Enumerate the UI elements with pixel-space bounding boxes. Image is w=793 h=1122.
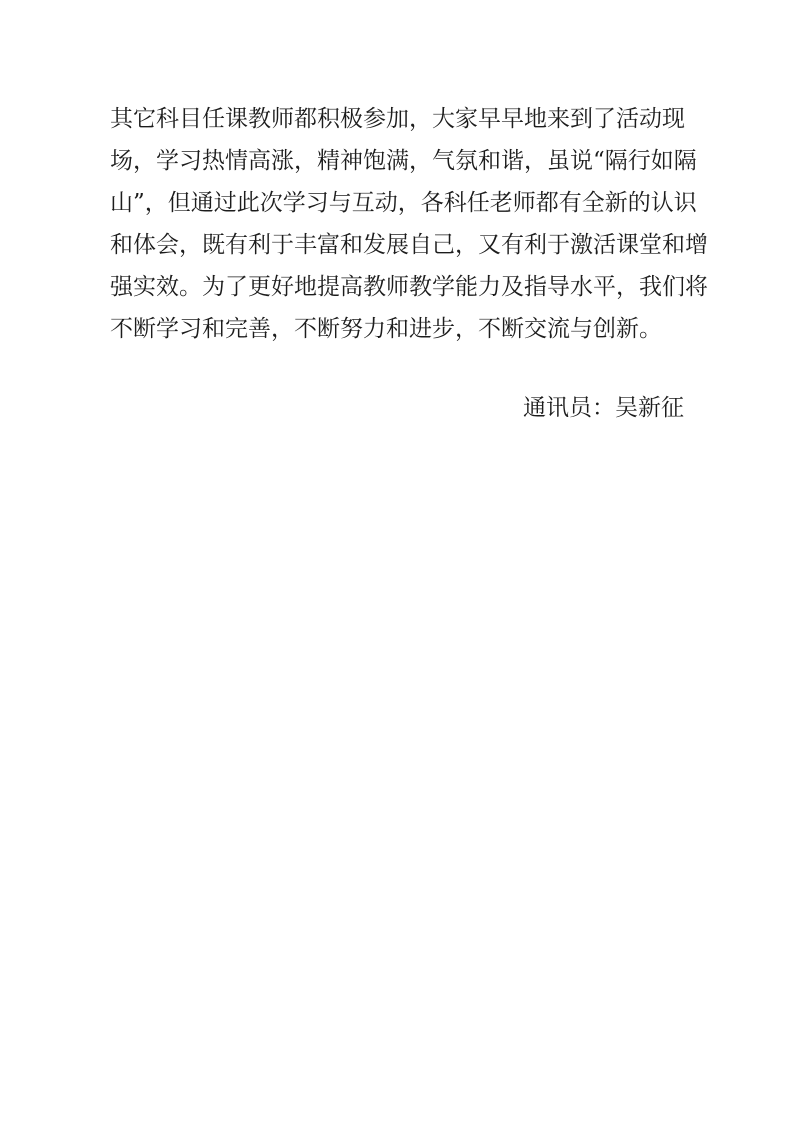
paragraph-line-2: 场，学习热情高涨，精神饱满，气氛和谐，虽说“隔行如隔 bbox=[110, 140, 692, 182]
paragraph-line-3: 山”，但通过此次学习与互动，各科任老师都有全新的认识 bbox=[110, 182, 692, 224]
paragraph-line-4: 和体会，既有利于丰富和发展自己，又有利于激活课堂和增 bbox=[110, 224, 692, 266]
paragraph-line-6: 不断学习和完善，不断努力和进步，不断交流与创新。 bbox=[110, 308, 692, 350]
document-page: 其它科目任课教师都积极参加，大家早早地来到了活动现 场，学习热情高涨，精神饱满，… bbox=[0, 0, 793, 1122]
document-text-block: 其它科目任课教师都积极参加，大家早早地来到了活动现 场，学习热情高涨，精神饱满，… bbox=[110, 98, 692, 429]
paragraph-line-1: 其它科目任课教师都积极参加，大家早早地来到了活动现 bbox=[110, 98, 692, 140]
paragraph-line-5: 强实效。为了更好地提高教师教学能力及指导水平，我们将 bbox=[110, 266, 692, 308]
correspondent-signature: 通讯员：吴新征 bbox=[110, 387, 692, 429]
